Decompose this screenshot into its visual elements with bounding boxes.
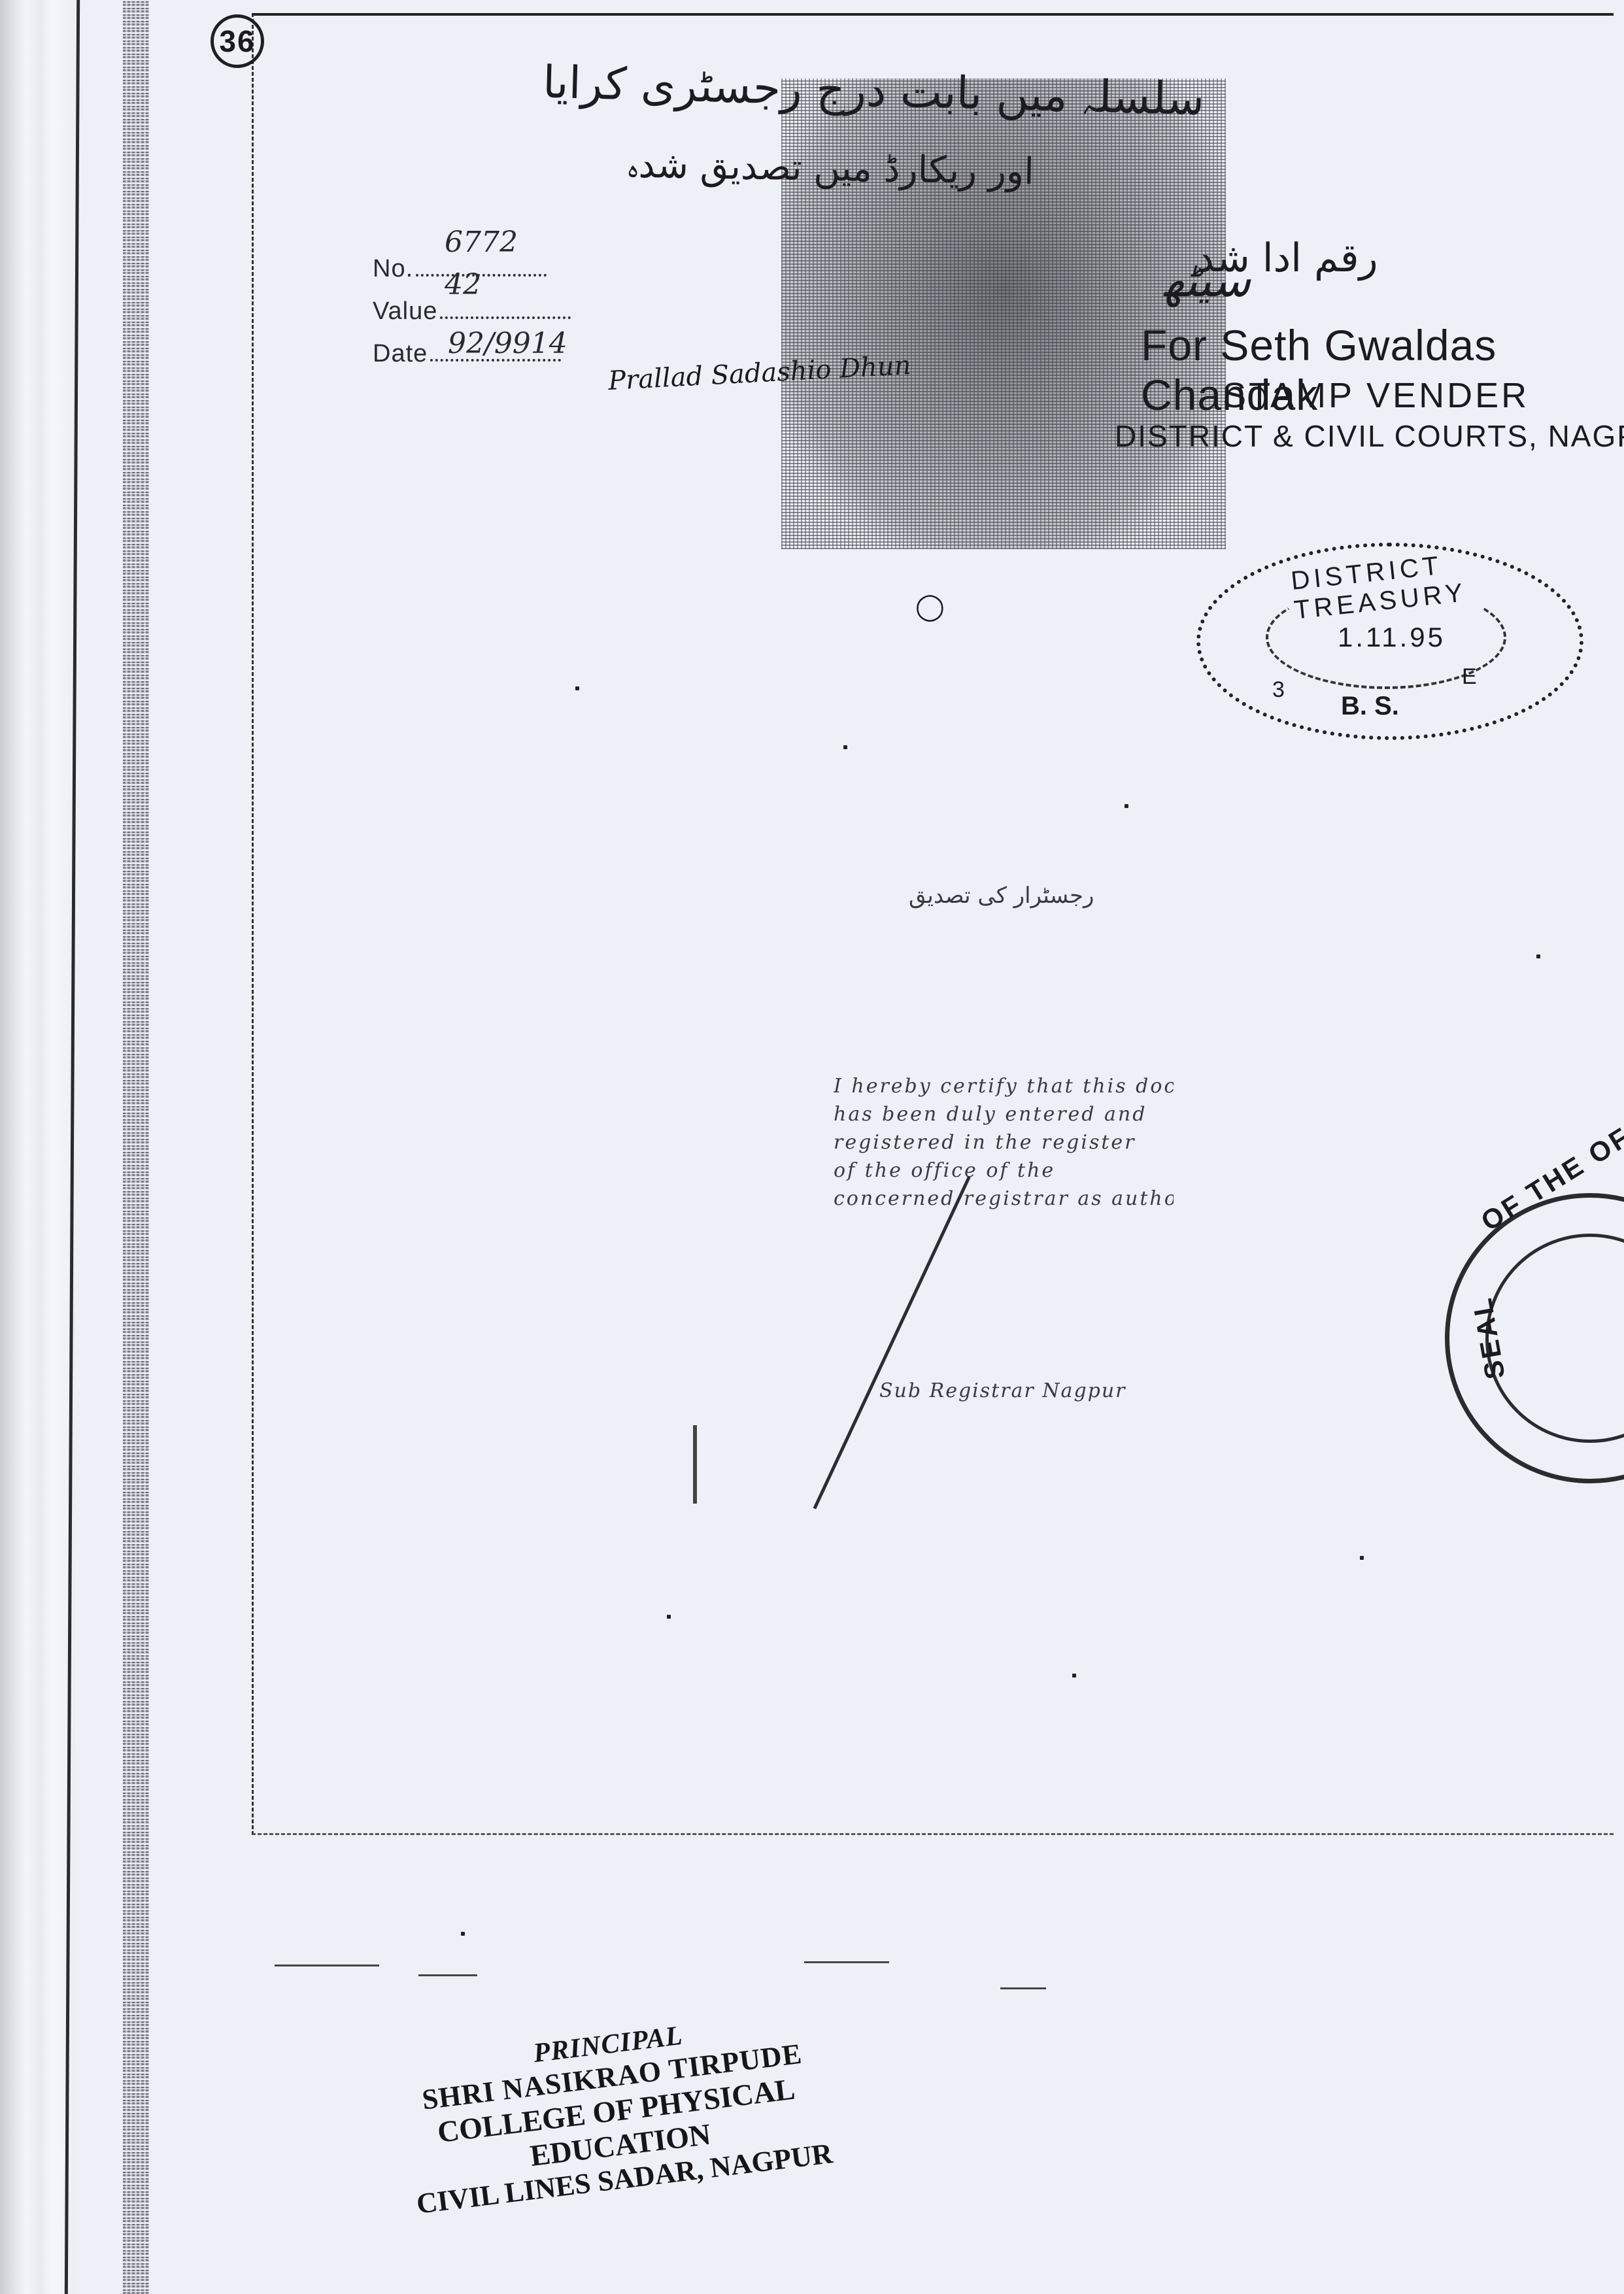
scan-speck [1360, 1556, 1364, 1560]
page-stack-edge [0, 0, 75, 2294]
scan-speck [1072, 1674, 1076, 1678]
scan-speck [667, 1615, 671, 1619]
stamp-value-value: 42 [445, 268, 481, 301]
small-circle-mark: ◯ [915, 592, 945, 622]
page-number-circle: 36 [211, 14, 264, 68]
faint-line: concerned registrar as authorised to [834, 1185, 1174, 1213]
treasury-seal-right-mark: E [1462, 664, 1477, 690]
handwritten-line-2: ﺍﻭﺭ ﺭﯾﮑﺎﺭﮈ ﻣﯿﮟ ﺗﺼﺪﯾﻖ ﺷﺪﮦ [627, 144, 1034, 194]
office-seal-side-text: SEAL [1466, 1294, 1512, 1381]
scan-dash [804, 1961, 889, 1963]
scan-speck [1125, 804, 1128, 808]
stamp-number-label: No. [373, 255, 413, 282]
principal-rubber-stamp: PRINCIPAL SHRI NASIKRAO TIRPUDE COLLEGE … [360, 1999, 873, 2225]
vendor-signature: ﺳﯿﭩﮭ [1164, 254, 1251, 307]
scan-speck [575, 686, 579, 690]
stamp-date-label: Date [373, 340, 428, 367]
treasury-seal-bottom-text: B. S. [1341, 692, 1399, 721]
registrar-line: Sub Registrar Nagpur [879, 1379, 1126, 1402]
stamp-date-field: Date 92/9914 [373, 340, 561, 368]
stamp-date-value: 92/9914 [448, 327, 567, 360]
stamp-value-label: Value [373, 297, 437, 325]
scan-dash [418, 1974, 477, 1976]
faint-line: I hereby certify that this document [834, 1072, 1174, 1100]
scan-speck [1536, 954, 1540, 958]
stamp-value-field: Value 42 [373, 297, 571, 326]
vendor-title: STAMP VENDER [1223, 375, 1529, 416]
scan-speck [843, 745, 847, 749]
page-number: 36 [219, 24, 255, 59]
scan-dash [693, 1425, 697, 1504]
faint-line: of the office of the [834, 1156, 1174, 1185]
vendor-place: DISTRICT & CIVIL COURTS, NAGPUR [1115, 418, 1624, 454]
scan-noise-band [123, 0, 149, 2294]
treasury-seal-date: 1.11.95 [1338, 622, 1446, 653]
faint-heading: ﺭﺟﺴﭩﺮﺍﺭ ﮐﯽ ﺗﺼﺪﯾﻖ [909, 883, 1094, 909]
faint-certification-block: I hereby certify that this document has … [834, 1072, 1174, 1213]
treasury-seal-left-mark: 3 [1272, 677, 1285, 703]
faint-line: registered in the register [834, 1128, 1174, 1156]
scan-dash [1000, 1987, 1046, 1989]
stamp-number-value: 6772 [445, 226, 518, 259]
faint-line: has been duly entered and [834, 1100, 1174, 1128]
scan-dash [275, 1965, 379, 1966]
treasury-seal: DISTRICT TREASURY 1.11.95 B. S. 3 E [1196, 543, 1583, 740]
scan-speck [461, 1932, 465, 1936]
